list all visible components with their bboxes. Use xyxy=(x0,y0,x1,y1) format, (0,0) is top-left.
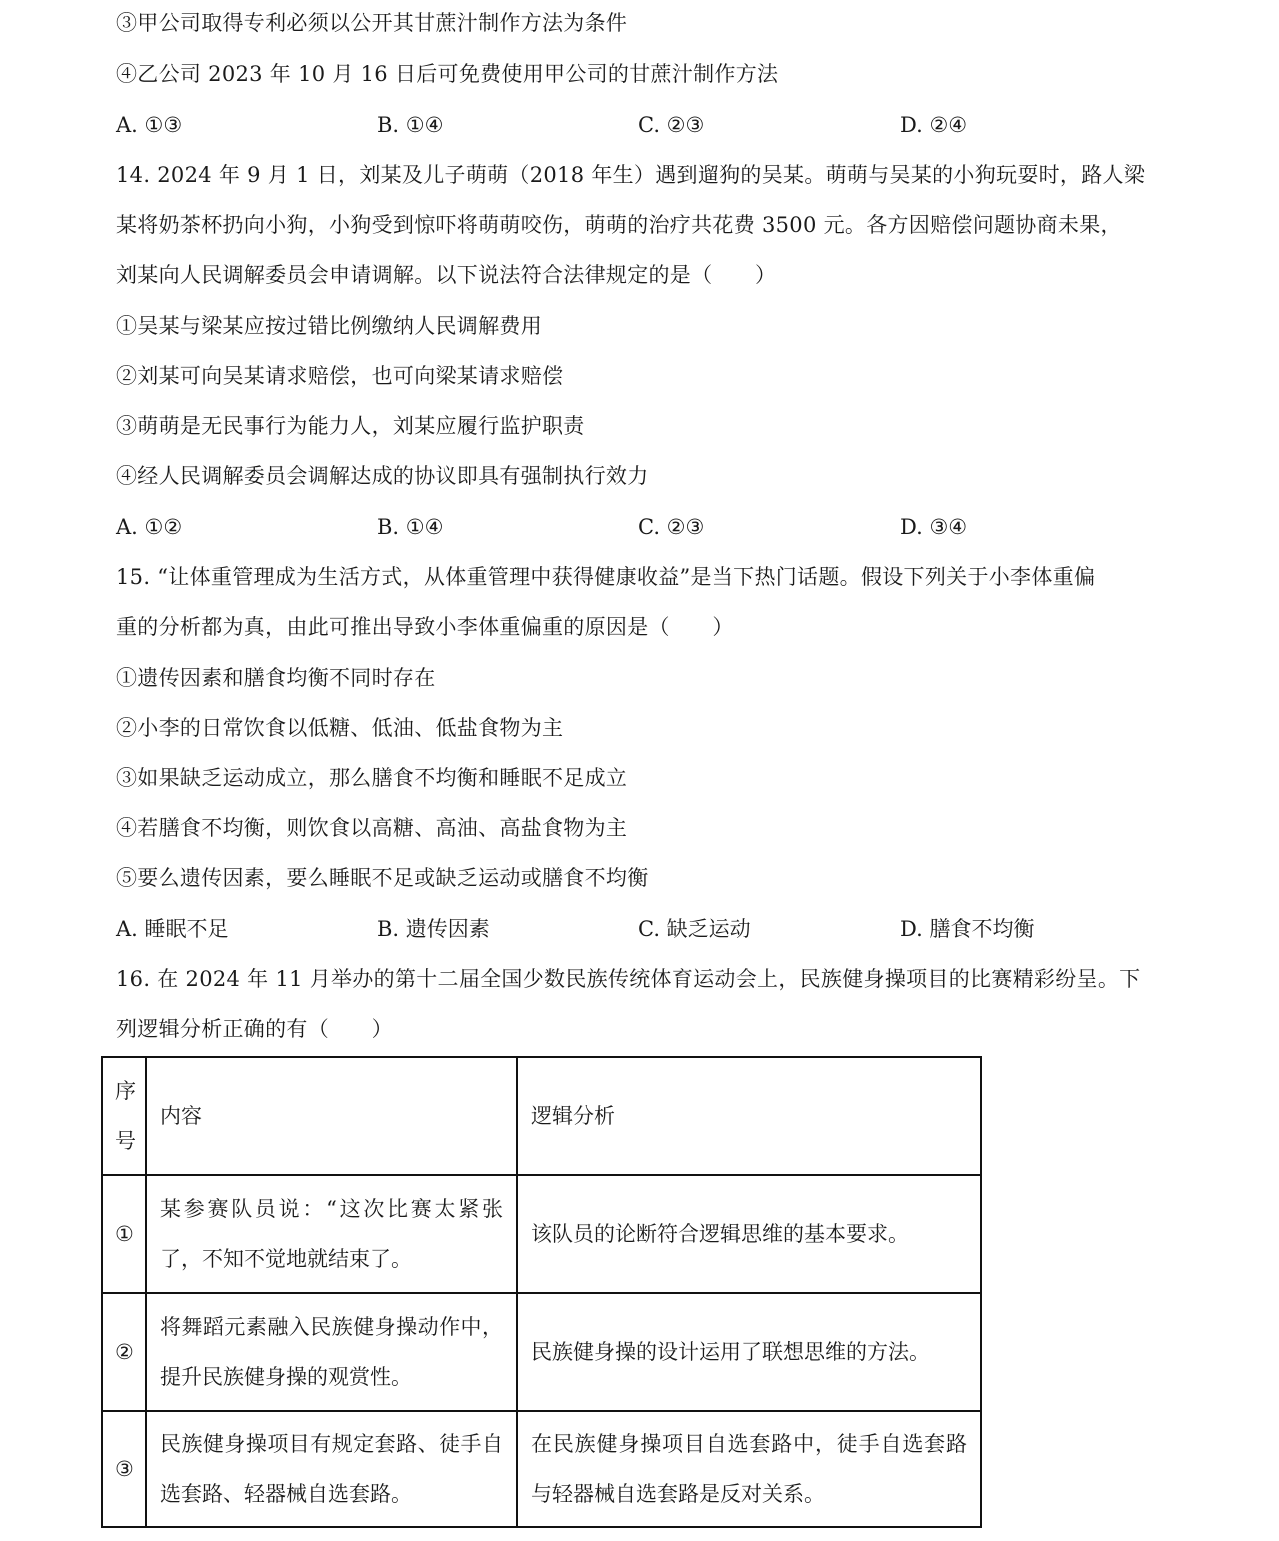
header-index: 序号 xyxy=(102,1057,146,1175)
row-content: 将舞蹈元素融入民族健身操动作中，提升民族健身操的观赏性。 xyxy=(146,1293,517,1411)
q14-option-c: C. ②③ xyxy=(638,512,704,542)
q16-stem-line-2: 列逻辑分析正确的有（ ） xyxy=(116,1014,393,1044)
row-index: ① xyxy=(102,1175,146,1293)
table-row: ③ 民族健身操项目有规定套路、徒手自选套路、轻器械自选套路。 在民族健身操项目自… xyxy=(102,1411,981,1527)
row-analysis: 在民族健身操项目自选套路中，徒手自选套路与轻器械自选套路是反对关系。 xyxy=(517,1411,981,1527)
q13-option-d: D. ②④ xyxy=(900,110,967,140)
header-analysis: 逻辑分析 xyxy=(517,1057,981,1175)
logic-analysis-table: 序号 内容 逻辑分析 ① 某参赛队员说：“这次比赛太紧张了，不知不觉地就结束了。… xyxy=(101,1056,982,1528)
q13-statement-4: ④乙公司 2023 年 10 月 16 日后可免费使用甲公司的甘蔗汁制作方法 xyxy=(116,59,778,89)
q14-option-d: D. ③④ xyxy=(900,512,967,542)
q15-statement-4: ④若膳食不均衡，则饮食以高糖、高油、高盐食物为主 xyxy=(116,813,627,843)
q13-option-a: A. ①③ xyxy=(116,110,182,140)
table-row: ① 某参赛队员说：“这次比赛太紧张了，不知不觉地就结束了。 该队员的论断符合逻辑… xyxy=(102,1175,981,1293)
q15-stem-line-1: 15. “让体重管理成为生活方式，从体重管理中获得健康收益”是当下热门话题。假设… xyxy=(116,562,1095,592)
q14-stem-line-3: 刘某向人民调解委员会申请调解。以下说法符合法律规定的是（ ） xyxy=(116,260,776,290)
row-index: ② xyxy=(102,1293,146,1411)
q14-statement-1: ①吴某与梁某应按过错比例缴纳人民调解费用 xyxy=(116,311,542,341)
q14-options: A. ①② B. ①④ C. ②③ D. ③④ xyxy=(116,512,1176,542)
q14-stem-line-1: 14. 2024 年 9 月 1 日，刘某及儿子萌萌（2018 年生）遇到遛狗的… xyxy=(116,160,1145,190)
q15-options: A. 睡眠不足 B. 遗传因素 C. 缺乏运动 D. 膳食不均衡 xyxy=(116,914,1176,944)
q14-stem-line-2: 某将奶茶杯扔向小狗，小狗受到惊吓将萌萌咬伤，萌萌的治疗共花费 3500 元。各方… xyxy=(116,210,1122,240)
q14-statement-4: ④经人民调解委员会调解达成的协议即具有强制执行效力 xyxy=(116,461,649,491)
q15-statement-3: ③如果缺乏运动成立，那么膳食不均衡和睡眠不足成立 xyxy=(116,763,627,793)
q15-stem-line-2: 重的分析都为真，由此可推出导致小李体重偏重的原因是（ ） xyxy=(116,612,734,642)
q15-statement-1: ①遗传因素和膳食均衡不同时存在 xyxy=(116,663,436,693)
header-content: 内容 xyxy=(146,1057,517,1175)
q15-option-d: D. 膳食不均衡 xyxy=(900,914,1034,944)
q15-statement-2: ②小李的日常饮食以低糖、低油、低盐食物为主 xyxy=(116,713,563,743)
q14-statement-2: ②刘某可向吴某请求赔偿，也可向梁某请求赔偿 xyxy=(116,361,563,391)
q14-option-b: B. ①④ xyxy=(377,512,443,542)
table-header-row: 序号 内容 逻辑分析 xyxy=(102,1057,981,1175)
row-content: 某参赛队员说：“这次比赛太紧张了，不知不觉地就结束了。 xyxy=(146,1175,517,1293)
table-row: ② 将舞蹈元素融入民族健身操动作中，提升民族健身操的观赏性。 民族健身操的设计运… xyxy=(102,1293,981,1411)
q13-statement-3: ③甲公司取得专利必须以公开其甘蔗汁制作方法为条件 xyxy=(116,8,627,38)
q15-option-b: B. 遗传因素 xyxy=(377,914,490,944)
row-index: ③ xyxy=(102,1411,146,1527)
q15-option-a: A. 睡眠不足 xyxy=(116,914,229,944)
q15-option-c: C. 缺乏运动 xyxy=(638,914,751,944)
q14-statement-3: ③萌萌是无民事行为能力人，刘某应履行监护职责 xyxy=(116,411,585,441)
q13-options: A. ①③ B. ①④ C. ②③ D. ②④ xyxy=(116,110,1176,140)
q14-option-a: A. ①② xyxy=(116,512,182,542)
q15-statement-5: ⑤要么遗传因素，要么睡眠不足或缺乏运动或膳食不均衡 xyxy=(116,863,649,893)
row-analysis: 民族健身操的设计运用了联想思维的方法。 xyxy=(517,1293,981,1411)
q13-option-b: B. ①④ xyxy=(377,110,443,140)
q16-stem-line-1: 16. 在 2024 年 11 月举办的第十二届全国少数民族传统体育运动会上，民… xyxy=(116,964,1140,994)
row-analysis: 该队员的论断符合逻辑思维的基本要求。 xyxy=(517,1175,981,1293)
row-content: 民族健身操项目有规定套路、徒手自选套路、轻器械自选套路。 xyxy=(146,1411,517,1527)
q13-option-c: C. ②③ xyxy=(638,110,704,140)
